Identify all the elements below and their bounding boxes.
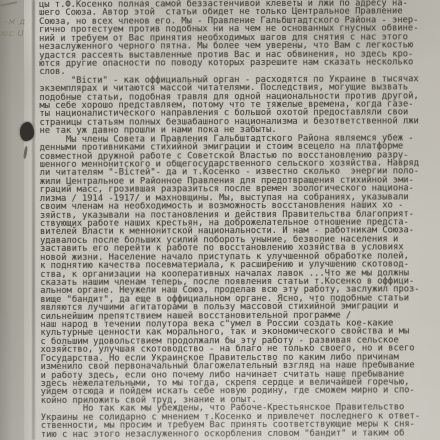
margin-annotation: юс U — [1, 29, 25, 38]
pencil-stroke — [0, 1, 17, 6]
margin-annotation: -м д — [5, 17, 26, 26]
typewritten-text: цы т.Ф.Косенко полная самой беззастенчив… — [39, 0, 440, 439]
ink-blot — [20, 122, 34, 141]
paper-edge-crease — [32, 0, 35, 440]
scanned-document: цы т.Ф.Косенко полная самой беззастенчив… — [0, 0, 440, 440]
paper-page: цы т.Ф.Косенко полная самой беззастенчив… — [24, 0, 440, 440]
